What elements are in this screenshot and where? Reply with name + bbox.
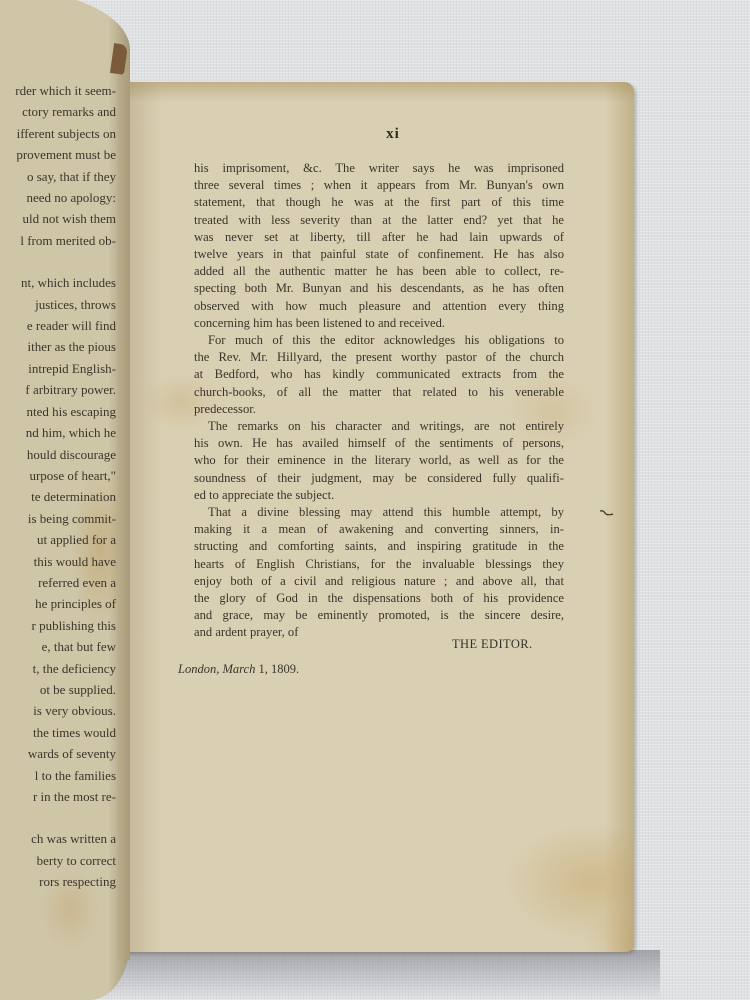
text-line: ifferent subjects on xyxy=(0,123,116,144)
dateline-date: 1, 1809. xyxy=(258,662,299,676)
page-body-text: his imprisoment, &c. The writer says he … xyxy=(194,160,564,642)
text-line: ctory remarks and xyxy=(0,101,116,122)
text-line: his own. He has availed himself of the s… xyxy=(194,435,564,452)
left-page-text: rder which it seem- ctory remarks and if… xyxy=(0,80,116,893)
text-line: ot be supplied. xyxy=(0,679,116,700)
text-line: he principles of xyxy=(0,593,116,614)
text-line: statement, that though he was at the fir… xyxy=(194,194,564,211)
text-line: nt, which includes xyxy=(0,272,116,293)
text-line: o say, that if they xyxy=(0,166,116,187)
text-line: is being commit- xyxy=(0,508,116,529)
dateline: London, March 1, 1809. xyxy=(178,662,299,677)
text-line: ither as the pious xyxy=(0,336,116,357)
text-line: berty to correct xyxy=(0,850,116,871)
text-line: soundness of their judgment, may be cons… xyxy=(194,470,564,487)
text-line: the times would xyxy=(0,722,116,743)
text-line: specting both Mr. Bunyan and his descend… xyxy=(194,280,564,297)
text-line: church-books, of all the matter that rel… xyxy=(194,384,564,401)
text-line: is very obvious. xyxy=(0,700,116,721)
text-line: ed to appreciate the subject. xyxy=(194,487,564,504)
text-line: observed with how much pleasure and atte… xyxy=(194,298,564,315)
text-line: rors respecting xyxy=(0,871,116,892)
paragraph-gap xyxy=(0,807,116,828)
text-line: r in the most re- xyxy=(0,786,116,807)
text-line: the Rev. Mr. Hillyard, the present worth… xyxy=(194,349,564,366)
paragraph-gap xyxy=(0,251,116,272)
text-line: The remarks on his character and writing… xyxy=(194,418,564,435)
text-line: l from merited ob- xyxy=(0,230,116,251)
text-line: and grace, may be eminently promoted, is… xyxy=(194,607,564,624)
text-line: his imprisoment, &c. The writer says he … xyxy=(194,160,564,177)
text-line: enjoy both of a civil and religious natu… xyxy=(194,573,564,590)
text-line: te determination xyxy=(0,486,116,507)
text-line: three several times ; when it appears fr… xyxy=(194,177,564,194)
dateline-month: March xyxy=(222,662,255,676)
text-line: was never set at liberty, till after he … xyxy=(194,229,564,246)
text-line: uld not wish them xyxy=(0,208,116,229)
text-line: treated with less severity than at the l… xyxy=(194,212,564,229)
book-shadow xyxy=(100,950,660,1000)
text-line: making it a mean of awakening and conver… xyxy=(194,521,564,538)
text-line: t, the deficiency xyxy=(0,658,116,679)
text-line: justices, throws xyxy=(0,294,116,315)
text-line: added all the authentic matter he has be… xyxy=(194,263,564,280)
text-line: need no apology: xyxy=(0,187,116,208)
text-line: e reader will find xyxy=(0,315,116,336)
text-line: concerning him has been listened to and … xyxy=(194,315,564,332)
text-line: For much of this the editor acknowledges… xyxy=(194,332,564,349)
page-number: xi xyxy=(378,126,408,143)
text-line: this would have xyxy=(0,551,116,572)
text-line: provement must be xyxy=(0,144,116,165)
text-line: intrepid English- xyxy=(0,358,116,379)
left-page: rder which it seem- ctory remarks and if… xyxy=(0,0,130,1000)
text-line: the glory of God in the dispensations bo… xyxy=(194,590,564,607)
text-line: f arbitrary power. xyxy=(0,379,116,400)
right-page: xi his imprisoment, &c. The writer says … xyxy=(122,82,634,952)
text-line: l to the families xyxy=(0,765,116,786)
text-line: referred even a xyxy=(0,572,116,593)
text-line: structing and comforting saints, and ins… xyxy=(194,538,564,555)
text-line: r publishing this xyxy=(0,615,116,636)
text-line: nd him, which he xyxy=(0,422,116,443)
text-line: wards of seventy xyxy=(0,743,116,764)
text-line: predecessor. xyxy=(194,401,564,418)
dateline-place: London, xyxy=(178,662,219,676)
text-line: hould discourage xyxy=(0,444,116,465)
editor-signature: THE EDITOR. xyxy=(452,637,533,652)
page-edge xyxy=(118,50,130,960)
text-line: ch was written a xyxy=(0,828,116,849)
ink-mark-icon xyxy=(600,510,614,516)
text-line: ut applied for a xyxy=(0,529,116,550)
text-line: e, that but few xyxy=(0,636,116,657)
text-line: nted his escaping xyxy=(0,401,116,422)
text-line: urpose of heart," xyxy=(0,465,116,486)
text-line: twelve years in that painful state of co… xyxy=(194,246,564,263)
text-line: rder which it seem- xyxy=(0,80,116,101)
text-line: at Bedford, who has kindly communicated … xyxy=(194,366,564,383)
text-line: who for their eminence in the literary w… xyxy=(194,452,564,469)
text-line: hearts of English Christians, for the in… xyxy=(194,556,564,573)
text-line: That a divine blessing may attend this h… xyxy=(194,504,564,521)
